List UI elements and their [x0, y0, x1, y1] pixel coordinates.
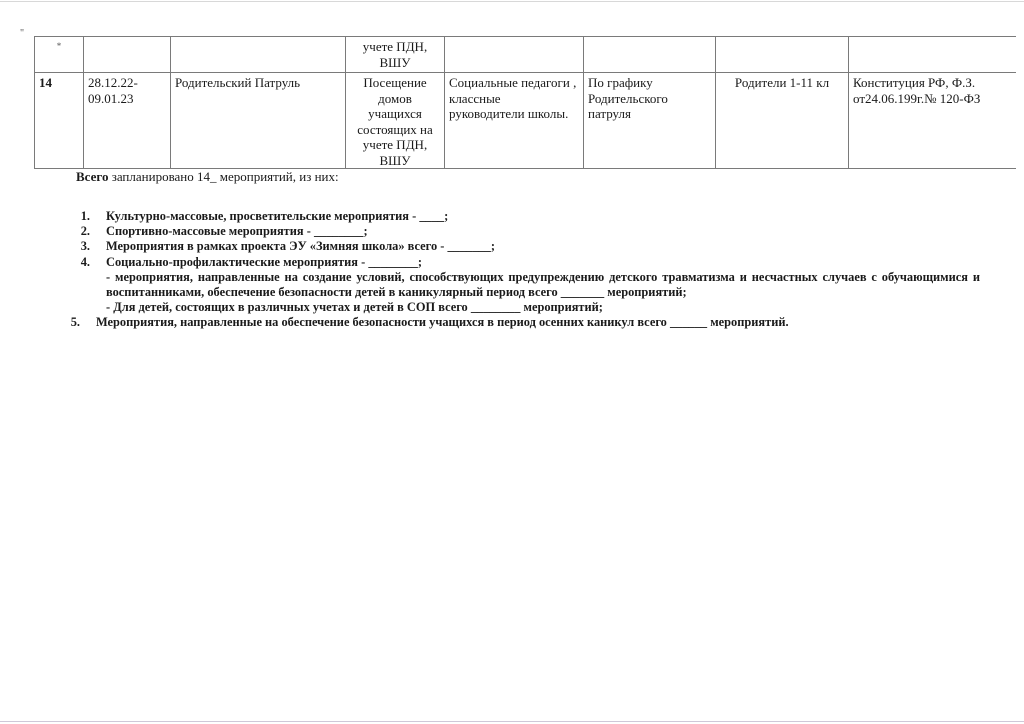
table-cell-legal-basis: Конституция РФ, Ф.З. от24.06.199г.№ 120-…	[849, 73, 1016, 169]
fill-in-blank[interactable]: _______	[447, 239, 490, 253]
list-item: 3. Мероприятия в рамках проекта ЭУ «Зимн…	[80, 239, 980, 254]
list-item-number: 3.	[81, 239, 90, 254]
sub-item-text: - мероприятия, направленные на создание …	[106, 270, 980, 299]
fill-in-blank[interactable]: ________	[471, 300, 521, 314]
table-cell-date: 28.12.22- 09.01.23	[84, 73, 171, 169]
list-item-label: Социально-профилактические мероприятия -	[106, 255, 368, 269]
table-cell-date	[84, 37, 171, 73]
table-cell-legal-basis	[849, 37, 1016, 73]
table-row: 14 28.12.22- 09.01.23 Родительский Патру…	[35, 73, 1016, 169]
summary-bold-prefix: Всего	[76, 169, 108, 184]
list-item-number: 5.	[71, 315, 80, 330]
list-item-label: Спортивно-массовые мероприятия -	[106, 224, 314, 238]
table-cell-form: учете ПДН, ВШУ	[346, 37, 445, 73]
scan-mark: "	[20, 28, 24, 39]
page-edge-bottom	[0, 721, 1024, 722]
fill-in-blank[interactable]: _______	[561, 285, 604, 299]
table-cell-title	[171, 37, 346, 73]
table-cell-title: Родительский Патруль	[171, 73, 346, 169]
table-cell-participants: Родители 1-11 кл	[716, 73, 849, 169]
sub-item-tail: мероприятий;	[604, 285, 687, 299]
list-item-tail: ;	[444, 209, 448, 223]
table-cell-number: 14	[35, 73, 84, 169]
list-item: 2. Спортивно-массовые мероприятия - ____…	[80, 224, 980, 239]
table-cell-number: *	[35, 37, 84, 73]
sub-item-registered-children: - Для детей, состоящих в различных учета…	[80, 300, 980, 315]
table-cell-participants	[716, 37, 849, 73]
list-item-label: Мероприятия, направленные на обеспечение…	[96, 315, 670, 329]
summary-line: Всего запланировано 14_ мероприятий, из …	[76, 169, 339, 184]
table-cell-schedule: По графику Родительского патруля	[584, 73, 716, 169]
list-item-tail: ;	[364, 224, 368, 238]
list-item-number: 4.	[81, 255, 90, 270]
fill-in-blank[interactable]: ____	[419, 209, 444, 223]
list-item-number: 1.	[81, 209, 90, 224]
events-breakdown-list: 1. Культурно-массовые, просветительские …	[80, 209, 980, 331]
list-item-label: Мероприятия в рамках проекта ЭУ «Зимняя …	[106, 239, 447, 253]
table-cell-form: Посещение домов учащихся состоящих на уч…	[346, 73, 445, 169]
list-item: 4. Социально-профилактические мероприяти…	[80, 255, 980, 270]
fill-in-blank[interactable]: ________	[368, 255, 418, 269]
list-item: 5. Мероприятия, направленные на обеспече…	[70, 315, 980, 330]
list-item-number: 2.	[81, 224, 90, 239]
table-cell-responsible	[445, 37, 584, 73]
list-item-label: Культурно-массовые, просветительские мер…	[106, 209, 419, 223]
sub-item-text: - Для детей, состоящих в различных учета…	[106, 300, 471, 314]
sub-item-tail: мероприятий;	[520, 300, 603, 314]
table-cell-schedule	[584, 37, 716, 73]
page-edge-top	[0, 1, 1024, 2]
summary-text: запланировано 14_ мероприятий, из них:	[108, 169, 338, 184]
fill-in-blank[interactable]: ________	[314, 224, 364, 238]
events-plan-table: * учете ПДН, ВШУ 14 28.12.22- 09.01.23 Р…	[34, 36, 1016, 169]
table-cell-responsible: Социальные педагоги , классные руководит…	[445, 73, 584, 169]
sub-item-safety: - мероприятия, направленные на создание …	[80, 270, 980, 300]
list-item-tail: ;	[491, 239, 495, 253]
list-item-tail: ;	[418, 255, 422, 269]
list-item: 1. Культурно-массовые, просветительские …	[80, 209, 980, 224]
fill-in-blank[interactable]: ______	[670, 315, 707, 329]
list-item-tail: мероприятий.	[707, 315, 788, 329]
table-row-continuation: * учете ПДН, ВШУ	[35, 37, 1016, 73]
